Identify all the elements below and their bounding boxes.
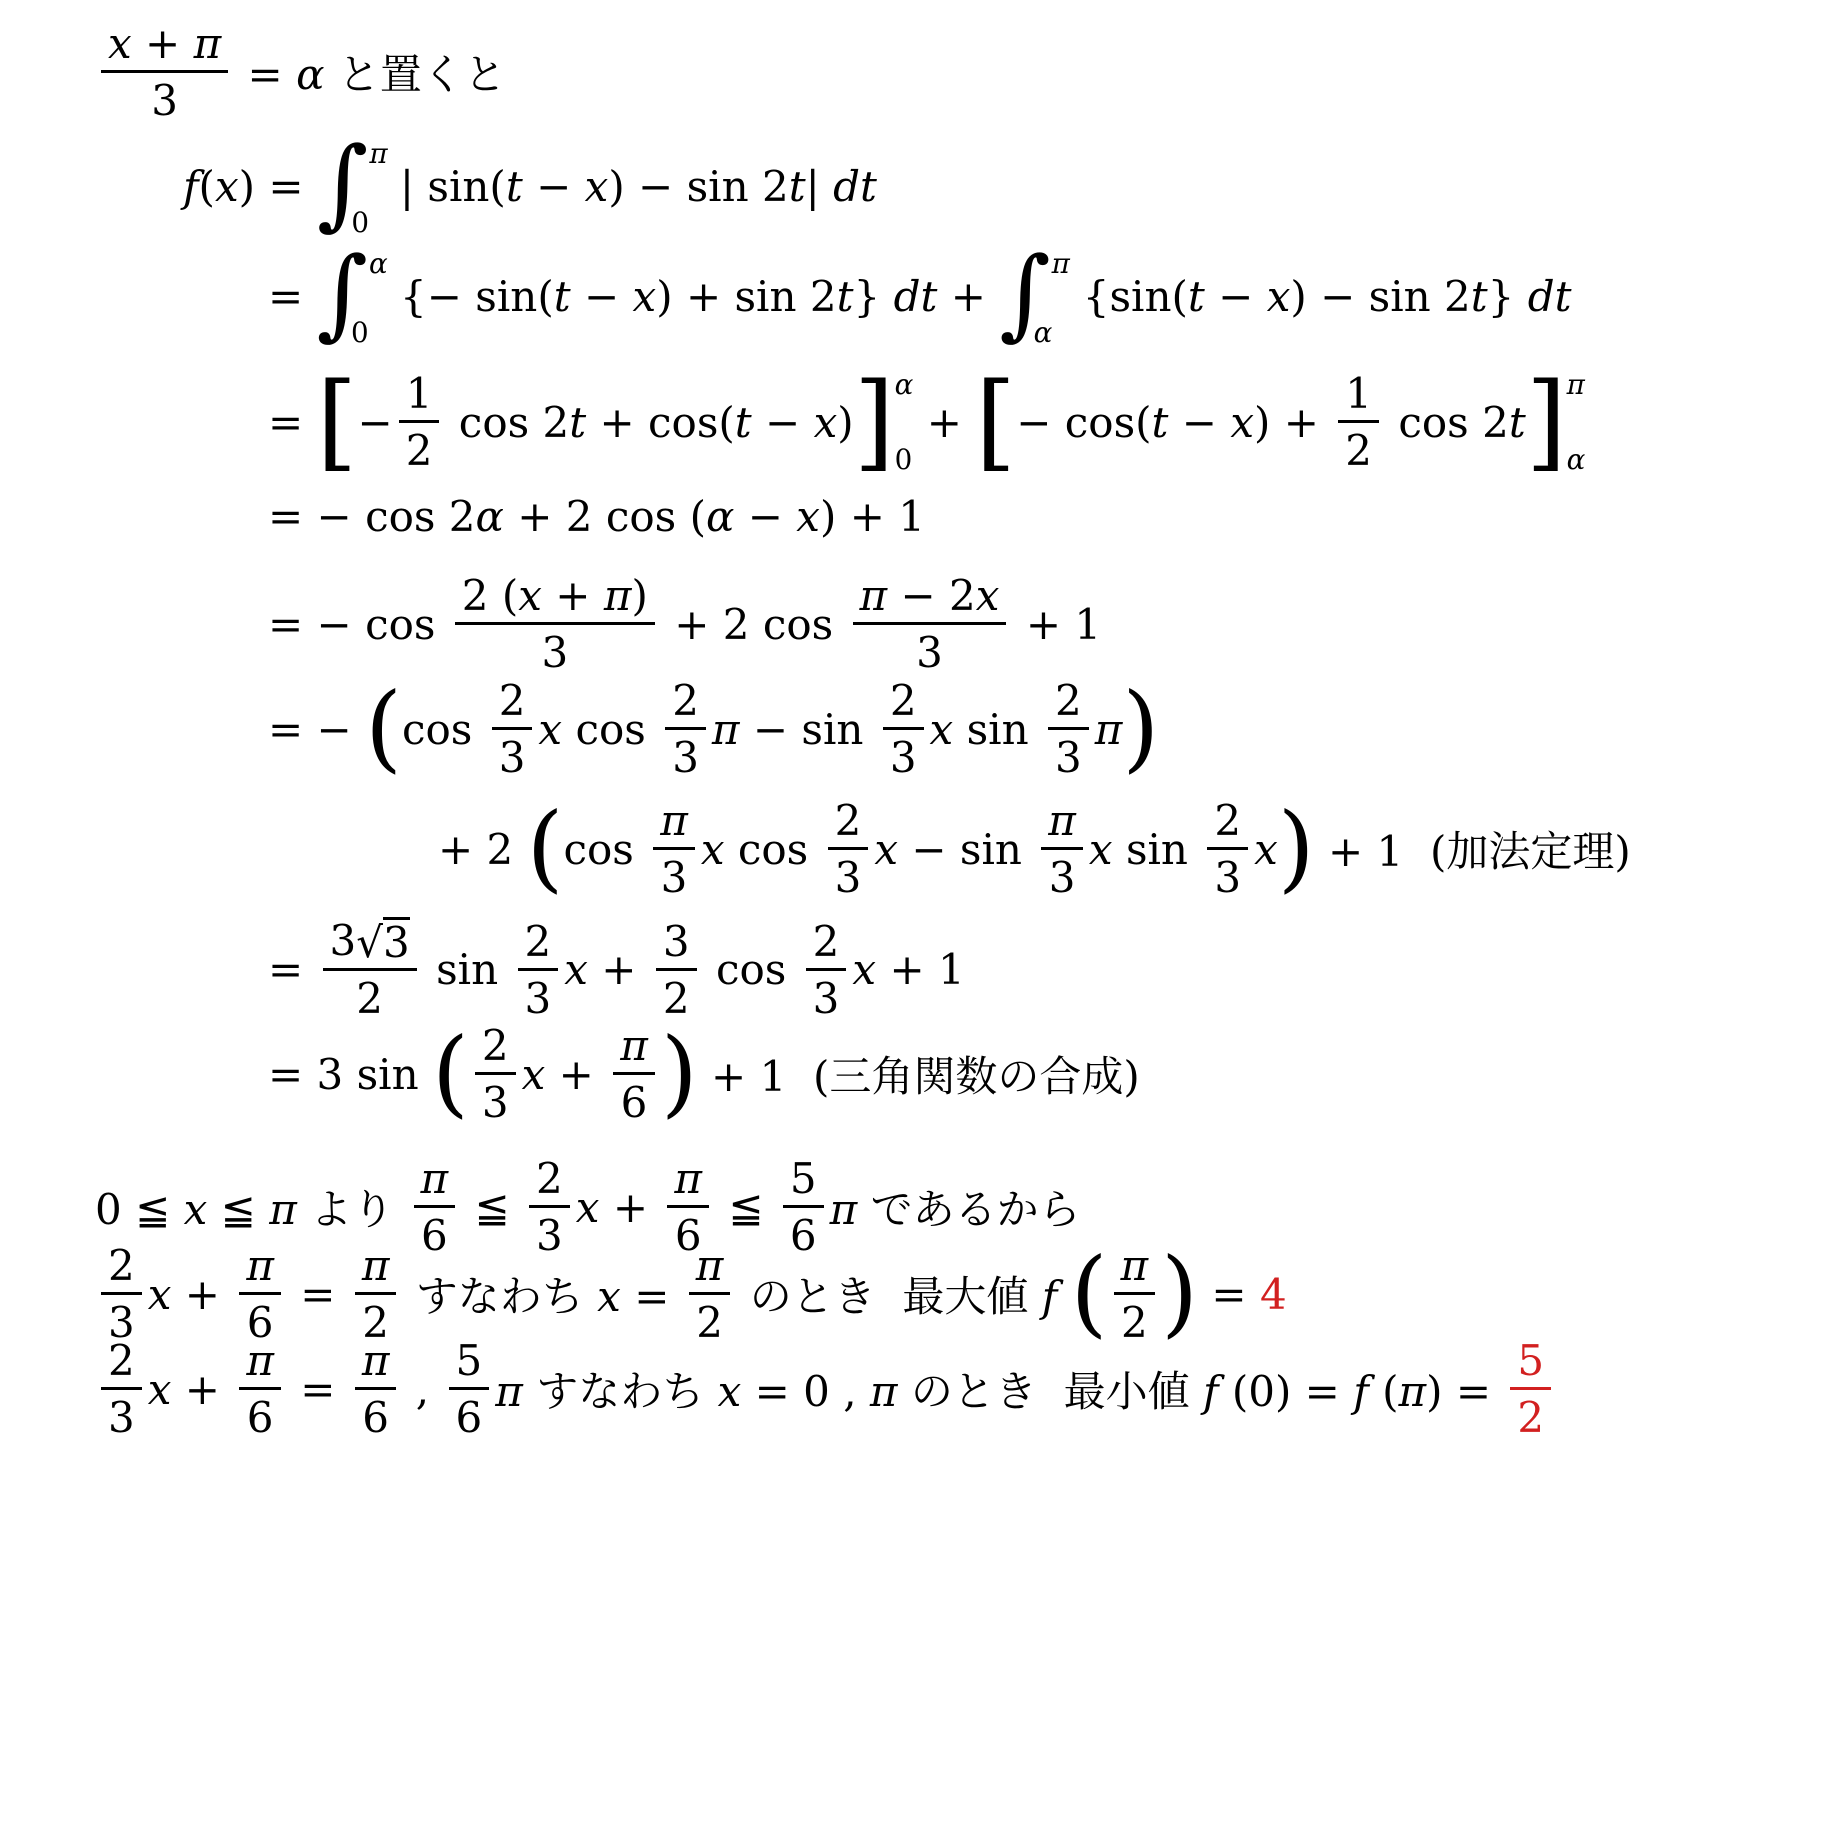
parenthesis: )	[1161, 1249, 1198, 1339]
numerator: π	[1041, 797, 1083, 847]
numerator: π	[355, 1242, 397, 1292]
numerator: x + π	[101, 20, 228, 70]
bracket-symbol: ]	[1526, 372, 1567, 472]
bracket: ]πα	[1526, 372, 1586, 472]
numerator: π	[613, 1022, 655, 1072]
fraction: 23	[101, 1337, 142, 1441]
math-text: + 1 (加法定理)	[1315, 819, 1631, 879]
numerator: 2	[492, 677, 533, 727]
lower-limit: 0	[351, 316, 370, 349]
math-text: cos	[564, 825, 648, 874]
fraction: π3	[653, 797, 695, 901]
fraction: 2 (x + π)3	[455, 572, 655, 676]
fraction: 23	[475, 1022, 516, 1126]
numerator: 2	[806, 918, 847, 968]
bracket: ]α0	[854, 372, 914, 472]
parenthesis-symbol: )	[1278, 804, 1315, 894]
lower-limit: α	[1567, 443, 1586, 476]
denominator: 6	[355, 1387, 397, 1441]
numerator: π	[355, 1337, 397, 1387]
math-text: x cos	[538, 705, 659, 754]
parenthesis: (	[365, 684, 402, 774]
math-text: {sin(t − x) − sin 2t} dt	[1069, 272, 1571, 321]
denominator: 6	[449, 1387, 490, 1441]
math-text: π であるから	[830, 1177, 1081, 1237]
denominator: 2	[656, 968, 697, 1022]
parenthesis: (	[527, 804, 564, 894]
math-text: x +	[522, 1050, 608, 1099]
math-text: =	[268, 945, 317, 994]
fraction: 32	[656, 918, 697, 1022]
parenthesis: (	[432, 1029, 469, 1119]
fraction: π2	[355, 1242, 397, 1346]
numerator: 3	[656, 918, 697, 968]
upper-limit: α	[895, 368, 914, 401]
denominator: 3	[101, 70, 228, 124]
denominator: 2	[1338, 420, 1379, 474]
integral: ∫α0	[317, 250, 387, 344]
bracket-symbol: [	[317, 372, 358, 472]
numerator: π	[239, 1337, 281, 1387]
math-text: cos	[703, 945, 800, 994]
numerator: 2	[475, 1022, 516, 1072]
fraction: 23	[101, 1242, 142, 1346]
operator-limits: πα	[1567, 372, 1586, 472]
math-text: + 1 (三角関数の合成)	[698, 1044, 1140, 1104]
math-text: cos 2t	[1385, 398, 1526, 447]
fraction: π6	[613, 1022, 655, 1126]
math-text: x sin	[1089, 825, 1201, 874]
math-text: ≦	[461, 1183, 523, 1232]
formula-line-9: = 3 sin (23x + π6) + 1 (三角関数の合成)	[268, 1022, 1140, 1126]
fraction: 23	[665, 677, 706, 781]
math-text: x + 1	[852, 945, 964, 994]
operator-limits: α0	[368, 250, 387, 344]
numerator: 3√3	[323, 917, 417, 968]
formula-line-3: = [−12 cos 2t + cos(t − x)]α0 + [− cos(t…	[268, 370, 1585, 474]
fraction: 23	[492, 677, 533, 781]
math-text: x +	[576, 1183, 662, 1232]
formula-intro: x + π3 = α と置くと	[95, 20, 506, 124]
fraction: 23	[883, 677, 924, 781]
math-text: すなわち x =	[402, 1264, 682, 1324]
numerator: π	[667, 1155, 709, 1205]
math-text: sin	[423, 945, 512, 994]
denominator: 2	[1510, 1387, 1551, 1441]
fraction: x + π3	[101, 20, 228, 124]
math-text: =	[287, 1365, 349, 1414]
math-text: のとき 最大値 f	[736, 1264, 1070, 1324]
fraction: 56	[449, 1337, 490, 1441]
parenthesis: (	[1071, 1249, 1108, 1339]
math-text: x	[1254, 825, 1278, 874]
math-solution-document: x + π3 = α と置くと f(x) = ∫π0 | sin(t − x) …	[0, 0, 1830, 1842]
numerator: π − 2x	[853, 572, 1007, 622]
upper-limit: π	[1052, 247, 1071, 280]
numerator: 2	[1207, 797, 1248, 847]
math-text: − cos(t − x) +	[1016, 398, 1332, 447]
denominator: 3	[1207, 847, 1248, 901]
denominator: 2	[323, 968, 417, 1022]
math-text: 0 ≦ x ≦ π より	[95, 1177, 408, 1237]
operator-limits: α0	[895, 372, 914, 472]
math-text: + 1	[1012, 600, 1101, 649]
lower-limit: 0	[351, 206, 369, 239]
upper-limit: α	[369, 247, 388, 280]
parenthesis-symbol: (	[527, 804, 564, 894]
math-text: = α と置くと	[234, 42, 506, 102]
parenthesis-symbol: )	[1122, 684, 1159, 774]
denominator: 3	[492, 727, 533, 781]
parenthesis: )	[1122, 684, 1159, 774]
math-text: = −	[268, 705, 365, 754]
parenthesis-symbol: (	[432, 1029, 469, 1119]
fraction: 3√32	[323, 917, 417, 1022]
bracket: [	[317, 372, 358, 472]
math-text: + 2 cos	[661, 600, 847, 649]
math-text: x +	[148, 1365, 234, 1414]
formula-line-1: f(x) = ∫π0 | sin(t − x) − sin 2t| dt	[183, 140, 877, 234]
math-text: =	[287, 1270, 349, 1319]
parenthesis-symbol: )	[661, 1029, 698, 1119]
denominator: 2	[399, 420, 440, 474]
sqrt-radical: √3	[356, 917, 410, 965]
denominator: 6	[613, 1072, 655, 1126]
denominator: 3	[653, 847, 695, 901]
integral: ∫π0	[317, 140, 387, 234]
fraction: π3	[1041, 797, 1083, 901]
lower-limit: 0	[895, 443, 914, 476]
upper-limit: π	[1567, 368, 1586, 401]
denominator: 3	[455, 622, 655, 676]
fraction: π2	[689, 1242, 731, 1346]
formula-line-6: = − (cos 23x cos 23π − sin 23x sin 23π)	[268, 677, 1159, 781]
numerator: π	[414, 1155, 456, 1205]
math-text: x sin	[930, 705, 1042, 754]
parenthesis-symbol: (	[365, 684, 402, 774]
fraction: 23	[1207, 797, 1248, 901]
numerator: 2 (x + π)	[455, 572, 655, 622]
fraction: 12	[399, 370, 440, 474]
operator-limits: π0	[368, 140, 386, 234]
math-text: =	[268, 272, 317, 321]
upper-limit: π	[369, 137, 387, 170]
math-text: cos 2t + cos(t − x)	[445, 398, 853, 447]
radical-sign: √	[356, 919, 383, 966]
numerator: 5	[1510, 1337, 1551, 1387]
formula-line-5: = − cos 2 (x + π)3 + 2 cos π − 2x3 + 1	[268, 572, 1101, 676]
math-text: ≦	[715, 1183, 777, 1232]
numerator: π	[239, 1242, 281, 1292]
fraction: π6	[355, 1337, 397, 1441]
denominator: 3	[853, 622, 1007, 676]
formula-line-7: + 2 (cos π3x cos 23x − sin π3x sin 23x) …	[438, 797, 1631, 901]
math-text: −	[358, 398, 393, 447]
fraction: 23	[828, 797, 869, 901]
numerator: 2	[518, 918, 559, 968]
math-text: x +	[564, 945, 650, 994]
math-text: 4	[1260, 1270, 1287, 1319]
denominator: 3	[828, 847, 869, 901]
numerator: 5	[783, 1155, 824, 1205]
parenthesis-symbol: (	[1071, 1249, 1108, 1339]
numerator: 2	[1048, 677, 1089, 727]
math-text: = 3 sin	[268, 1050, 432, 1099]
denominator: 3	[665, 727, 706, 781]
denominator: 3	[101, 1387, 142, 1441]
radicand: 3	[383, 917, 410, 965]
fraction: π2	[1114, 1242, 1156, 1346]
formula-line-8: = 3√32 sin 23x + 32 cos 23x + 1	[268, 917, 965, 1022]
formula-line-4: = − cos 2α + 2 cos (α − x) + 1	[268, 492, 925, 541]
math-text: f(x) =	[183, 162, 317, 211]
fraction: 52	[1510, 1337, 1551, 1441]
denominator: 3	[518, 968, 559, 1022]
numerator: 5	[449, 1337, 490, 1387]
numerator: 2	[665, 677, 706, 727]
operator-limits: πα	[1051, 250, 1070, 344]
numerator: 2	[883, 677, 924, 727]
math-text: =	[268, 398, 317, 447]
bracket-symbol: ]	[854, 372, 895, 472]
denominator: 3	[806, 968, 847, 1022]
numerator: π	[1114, 1242, 1156, 1292]
fraction: π − 2x3	[853, 572, 1007, 676]
math-text: x − sin	[874, 825, 1035, 874]
math-text: π	[1095, 705, 1123, 754]
numerator: 1	[1338, 370, 1379, 420]
denominator: 6	[239, 1387, 281, 1441]
math-text: +	[913, 398, 975, 447]
numerator: 1	[399, 370, 440, 420]
parenthesis: )	[661, 1029, 698, 1119]
math-text: ,	[402, 1365, 442, 1414]
numerator: 2	[101, 1337, 142, 1387]
fraction: π6	[239, 1337, 281, 1441]
fraction: 23	[1048, 677, 1089, 781]
math-text: π − sin	[712, 705, 877, 754]
bracket-symbol: [	[975, 372, 1016, 472]
math-text: x +	[148, 1270, 234, 1319]
math-text: = − cos 2α + 2 cos (α − x) + 1	[268, 492, 925, 541]
parenthesis-symbol: )	[1161, 1249, 1198, 1339]
denominator: 3	[1041, 847, 1083, 901]
formula-line-2: = ∫α0 {− sin(t − x) + sin 2t} dt + ∫πα {…	[268, 250, 1572, 344]
parenthesis: )	[1278, 804, 1315, 894]
maximum-value-line: 23x + π6 = π2 すなわち x = π2 のとき 最大値 f (π2)…	[95, 1242, 1287, 1346]
integral: ∫πα	[999, 250, 1069, 344]
math-text: =	[1198, 1270, 1260, 1319]
math-text: {− sin(t − x) + sin 2t} dt +	[387, 272, 1000, 321]
math-text: = − cos	[268, 600, 449, 649]
denominator: 3	[1048, 727, 1089, 781]
math-text: x cos	[701, 825, 822, 874]
denominator: 3	[475, 1072, 516, 1126]
math-text: cos	[402, 705, 486, 754]
fraction: 23	[806, 918, 847, 1022]
bracket: [	[975, 372, 1016, 472]
numerator: 2	[529, 1155, 570, 1205]
minimum-value-line: 23x + π6 = π6 , 56π すなわち x = 0 , π のとき 最…	[95, 1337, 1557, 1441]
numerator: 2	[101, 1242, 142, 1292]
math-text: + 2	[438, 825, 527, 874]
math-text: | sin(t − x) − sin 2t| dt	[387, 162, 877, 211]
math-text: π すなわち x = 0 , π のとき 最小値 f (0) = f (π) =	[495, 1359, 1504, 1419]
fraction: π6	[239, 1242, 281, 1346]
denominator: 3	[883, 727, 924, 781]
fraction: 12	[1338, 370, 1379, 474]
lower-limit: α	[1034, 316, 1053, 349]
numerator: π	[689, 1242, 731, 1292]
fraction: 23	[518, 918, 559, 1022]
numerator: π	[653, 797, 695, 847]
numerator: 2	[828, 797, 869, 847]
